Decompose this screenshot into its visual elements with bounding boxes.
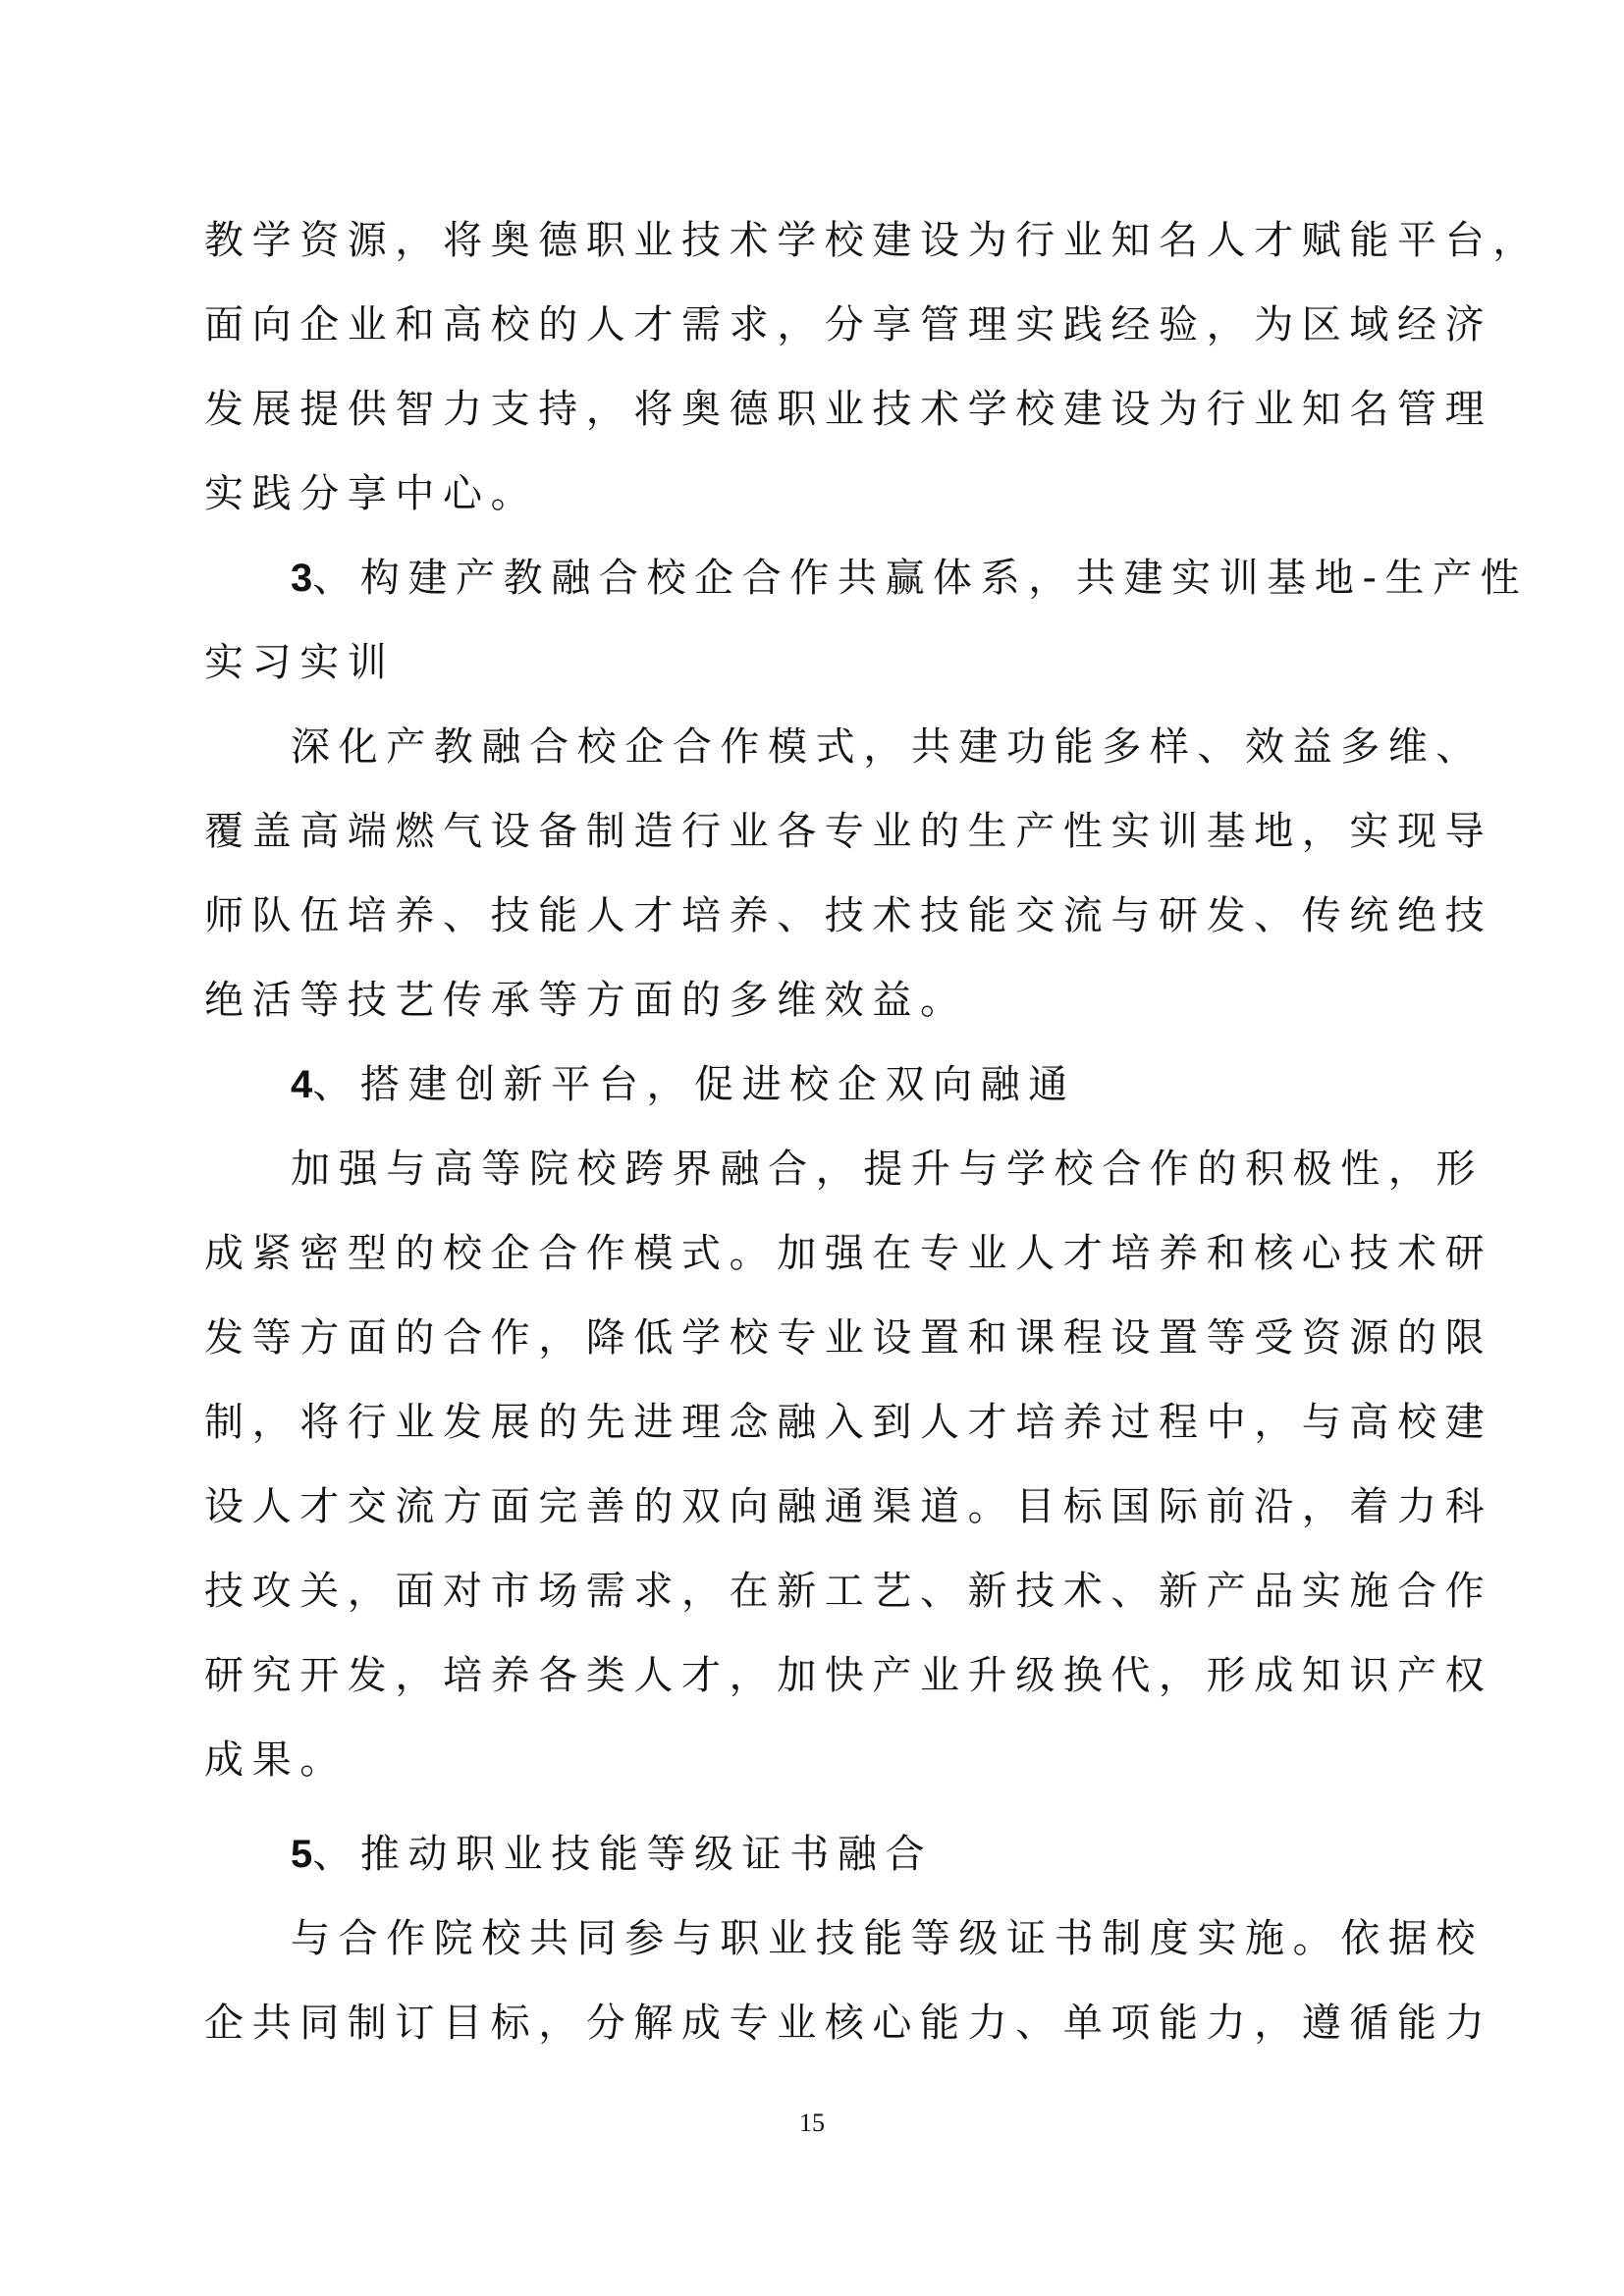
text-line: 成果。	[204, 1728, 1422, 1812]
text-line: 研究开发，培养各类人才，加快产业升级换代，形成知识产权	[204, 1643, 1422, 1728]
text-line: 制，将行业发展的先进理念融入到人才培养过程中，与高校建	[204, 1390, 1422, 1474]
text-line: 企共同制订目标，分解成专业核心能力、单项能力，遵循能力	[204, 1991, 1422, 2075]
text-line: 发等方面的合作，降低学校专业设置和课程设置等受资源的限	[204, 1306, 1422, 1390]
heading-number: 3	[291, 557, 312, 600]
text-line: 面向企业和高校的人才需求，分享管理实践经验，为区域经济	[204, 293, 1422, 377]
heading-number: 5	[291, 1833, 312, 1876]
text-line: 实践分享中心。	[204, 461, 1422, 546]
heading-line: 实习实训	[204, 630, 1422, 715]
page-body: 教学资源，将奥德职业技术学校建设为行业知名人才赋能平台， 面向企业和高校的人才需…	[204, 208, 1422, 2075]
heading-number: 4	[291, 1063, 312, 1106]
heading-text: 、推动职业技能等级证书融合	[312, 1832, 933, 1877]
text-line: 加强与高等院校跨界融合，提升与学校合作的积极性，形	[204, 1137, 1422, 1221]
text-line: 深化产教融合校企合作模式，共建功能多样、效益多维、	[204, 715, 1422, 799]
document-page: 教学资源，将奥德职业技术学校建设为行业知名人才赋能平台， 面向企业和高校的人才需…	[0, 0, 1624, 2296]
paragraph: 与合作院校共同参与职业技能等级证书制度实施。依据校 企共同制订目标，分解成专业核…	[204, 1906, 1422, 2075]
text-line: 与合作院校共同参与职业技能等级证书制度实施。依据校	[204, 1906, 1422, 1991]
section-heading-5: 5、推动职业技能等级证书融合	[204, 1822, 1422, 1906]
heading-text: 、搭建创新平台，促进校企双向融通	[312, 1062, 1076, 1107]
paragraph: 加强与高等院校跨界融合，提升与学校合作的积极性，形 成紧密型的校企合作模式。加强…	[204, 1137, 1422, 1812]
text-line: 成紧密型的校企合作模式。加强在专业人才培养和核心技术研	[204, 1221, 1422, 1306]
paragraph-continued: 教学资源，将奥德职业技术学校建设为行业知名人才赋能平台， 面向企业和高校的人才需…	[204, 208, 1422, 546]
section-heading-4: 4、搭建创新平台，促进校企双向融通	[204, 1052, 1422, 1137]
heading-line: 5、推动职业技能等级证书融合	[204, 1822, 1422, 1906]
heading-line: 4、搭建创新平台，促进校企双向融通	[204, 1052, 1422, 1137]
text-line: 发展提供智力支持，将奥德职业技术学校建设为行业知名管理	[204, 377, 1422, 461]
heading-text: 、构建产教融合校企合作共赢体系，共建实训基地-生产性	[312, 556, 1528, 601]
text-line: 覆盖高端燃气设备制造行业各专业的生产性实训基地，实现导	[204, 799, 1422, 883]
heading-line: 3、构建产教融合校企合作共赢体系，共建实训基地-生产性	[204, 546, 1422, 630]
text-line: 绝活等技艺传承等方面的多维效益。	[204, 968, 1422, 1052]
text-line: 技攻关，面对市场需求，在新工艺、新技术、新产品实施合作	[204, 1559, 1422, 1643]
spacer	[204, 1812, 1422, 1822]
text-line: 设人才交流方面完善的双向融通渠道。目标国际前沿，着力科	[204, 1474, 1422, 1559]
section-heading-3: 3、构建产教融合校企合作共赢体系，共建实训基地-生产性 实习实训	[204, 546, 1422, 715]
paragraph: 深化产教融合校企合作模式，共建功能多样、效益多维、 覆盖高端燃气设备制造行业各专…	[204, 715, 1422, 1052]
page-number: 15	[0, 2109, 1624, 2138]
text-line: 教学资源，将奥德职业技术学校建设为行业知名人才赋能平台，	[204, 208, 1422, 293]
text-line: 师队伍培养、技能人才培养、技术技能交流与研发、传统绝技	[204, 883, 1422, 968]
